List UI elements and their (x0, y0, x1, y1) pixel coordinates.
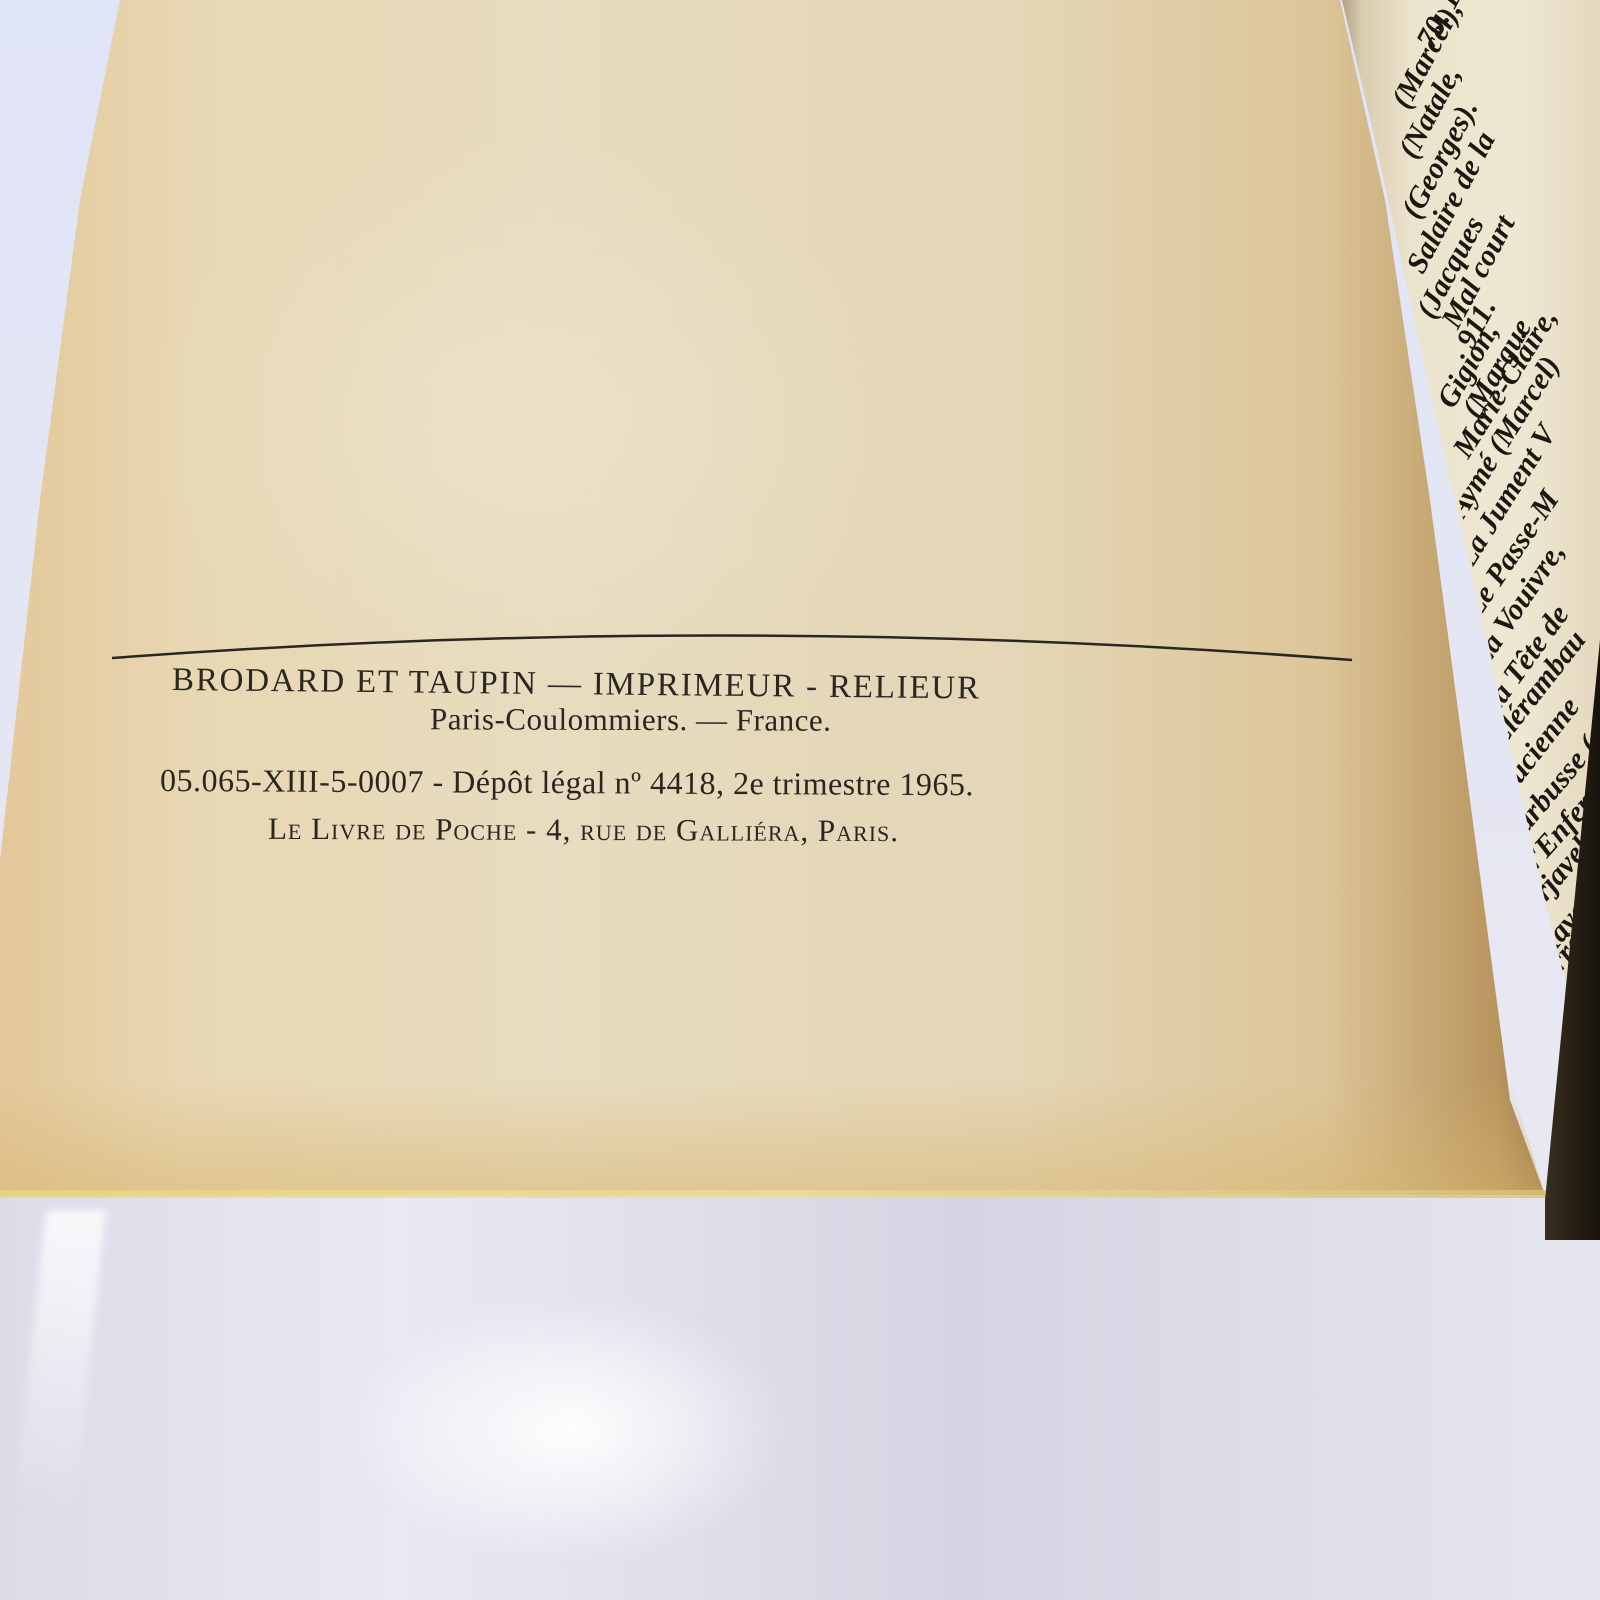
publisher-address: Le Livre de Poche - 4, rue de Galliéra, … (268, 811, 899, 849)
legal-deposit: 05.065-XIII-5-0007 - Dépôt légal nº 4418… (160, 762, 974, 803)
colophon-rule (112, 620, 1352, 660)
table-surface (0, 1195, 1600, 1600)
page-bottom-edge (0, 1190, 1550, 1198)
printer-location: Paris-Coulommiers. — France. (430, 701, 832, 738)
page-bottom-shading (0, 1080, 1560, 1200)
light-reflection (360, 1300, 780, 1560)
left-book-page (0, 0, 1560, 1200)
